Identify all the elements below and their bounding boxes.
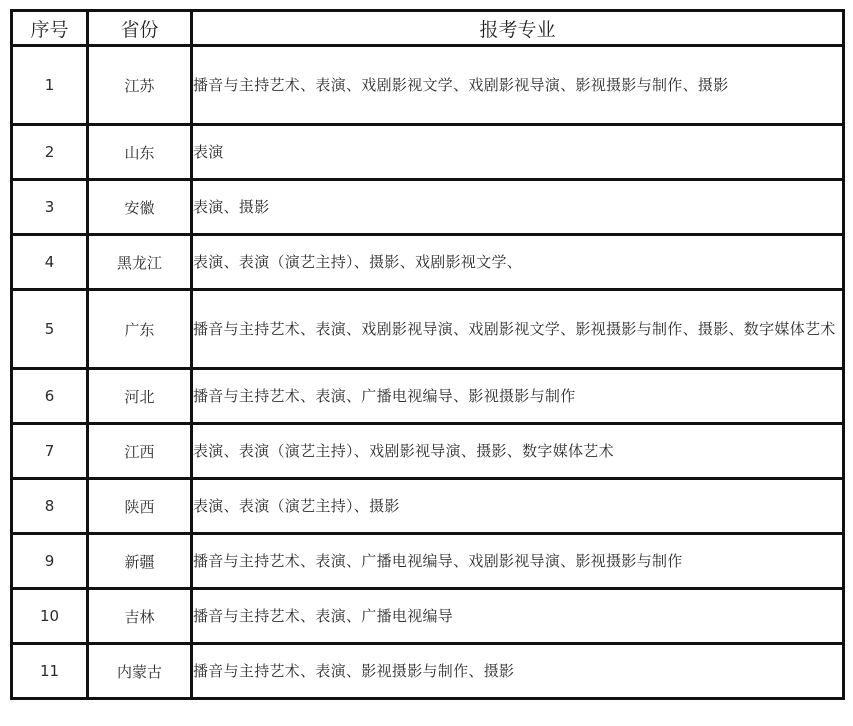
cell-province: 陕西 xyxy=(88,479,192,534)
cell-no: 8 xyxy=(12,479,88,534)
cell-no: 7 xyxy=(12,424,88,479)
table-row: 10 吉林 播音与主持艺术、表演、广播电视编导 xyxy=(12,589,844,644)
table-row: 5 广东 播音与主持艺术、表演、戏剧影视导演、戏剧影视文学、影视摄影与制作、摄影… xyxy=(12,290,844,369)
cell-province: 黑龙江 xyxy=(88,235,192,290)
cell-majors: 播音与主持艺术、表演、广播电视编导、影视摄影与制作 xyxy=(192,369,844,424)
cell-province: 河北 xyxy=(88,369,192,424)
cell-majors: 播音与主持艺术、表演、戏剧影视文学、戏剧影视导演、影视摄影与制作、摄影 xyxy=(192,46,844,125)
table-row: 2 山东 表演 xyxy=(12,125,844,180)
table-row: 8 陕西 表演、表演（演艺主持）、摄影 xyxy=(12,479,844,534)
table-header-row: 序号 省份 报考专业 xyxy=(12,11,844,46)
cell-majors: 表演、表演（演艺主持）、戏剧影视导演、摄影、数字媒体艺术 xyxy=(192,424,844,479)
table-row: 9 新疆 播音与主持艺术、表演、广播电视编导、戏剧影视导演、影视摄影与制作 xyxy=(12,534,844,589)
table-row: 4 黑龙江 表演、表演（演艺主持）、摄影、戏剧影视文学、 xyxy=(12,235,844,290)
table-row: 11 内蒙古 播音与主持艺术、表演、影视摄影与制作、摄影 xyxy=(12,644,844,699)
table-row: 6 河北 播音与主持艺术、表演、广播电视编导、影视摄影与制作 xyxy=(12,369,844,424)
cell-no: 11 xyxy=(12,644,88,699)
cell-majors: 表演 xyxy=(192,125,844,180)
cell-majors: 播音与主持艺术、表演、影视摄影与制作、摄影 xyxy=(192,644,844,699)
cell-majors: 表演、摄影 xyxy=(192,180,844,235)
cell-province: 江西 xyxy=(88,424,192,479)
header-province: 省份 xyxy=(88,11,192,46)
cell-no: 1 xyxy=(12,46,88,125)
majors-by-province-table: 序号 省份 报考专业 1 江苏 播音与主持艺术、表演、戏剧影视文学、戏剧影视导演… xyxy=(10,9,845,700)
cell-majors: 表演、表演（演艺主持）、摄影、戏剧影视文学、 xyxy=(192,235,844,290)
cell-province: 广东 xyxy=(88,290,192,369)
cell-no: 6 xyxy=(12,369,88,424)
cell-province: 山东 xyxy=(88,125,192,180)
cell-majors: 表演、表演（演艺主持）、摄影 xyxy=(192,479,844,534)
cell-majors: 播音与主持艺术、表演、广播电视编导、戏剧影视导演、影视摄影与制作 xyxy=(192,534,844,589)
cell-no: 3 xyxy=(12,180,88,235)
cell-no: 9 xyxy=(12,534,88,589)
cell-majors: 播音与主持艺术、表演、广播电视编导 xyxy=(192,589,844,644)
cell-no: 4 xyxy=(12,235,88,290)
cell-majors: 播音与主持艺术、表演、戏剧影视导演、戏剧影视文学、影视摄影与制作、摄影、数字媒体… xyxy=(192,290,844,369)
cell-province: 内蒙古 xyxy=(88,644,192,699)
cell-province: 新疆 xyxy=(88,534,192,589)
cell-no: 10 xyxy=(12,589,88,644)
cell-no: 2 xyxy=(12,125,88,180)
cell-province: 江苏 xyxy=(88,46,192,125)
table-row: 1 江苏 播音与主持艺术、表演、戏剧影视文学、戏剧影视导演、影视摄影与制作、摄影 xyxy=(12,46,844,125)
header-majors: 报考专业 xyxy=(192,11,844,46)
table-row: 7 江西 表演、表演（演艺主持）、戏剧影视导演、摄影、数字媒体艺术 xyxy=(12,424,844,479)
cell-no: 5 xyxy=(12,290,88,369)
table-row: 3 安徽 表演、摄影 xyxy=(12,180,844,235)
header-no: 序号 xyxy=(12,11,88,46)
cell-province: 吉林 xyxy=(88,589,192,644)
cell-province: 安徽 xyxy=(88,180,192,235)
